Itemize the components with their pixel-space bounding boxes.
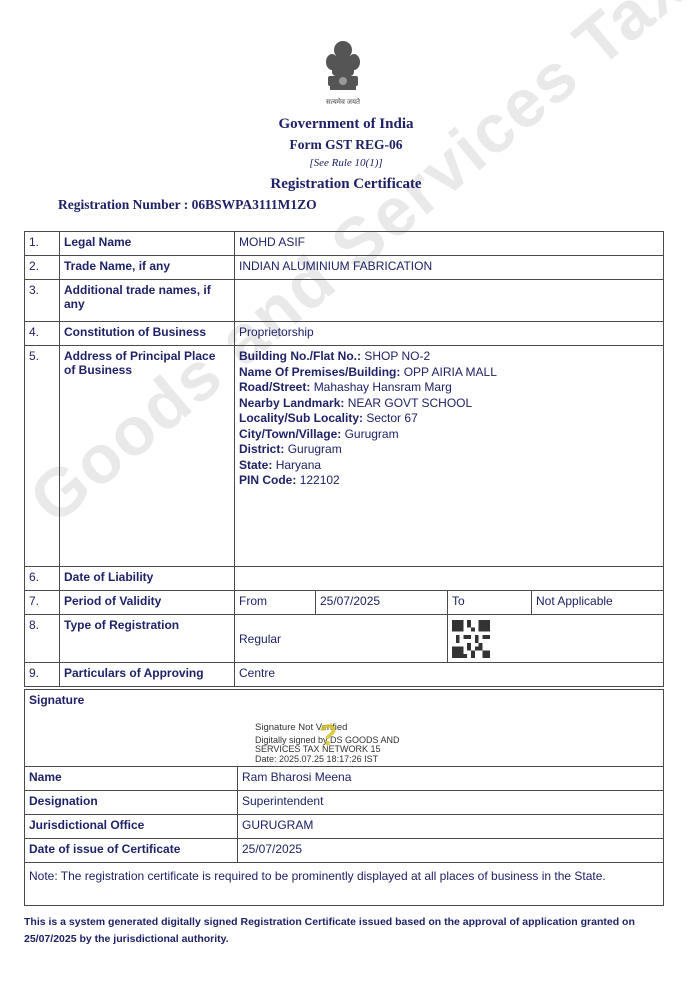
table-row: 1. Legal Name MOHD ASIF [25, 232, 664, 256]
signature-line: Date: 2025.07.25 18:17:26 IST [255, 755, 400, 765]
row-label: Constitution of Business [60, 322, 235, 346]
address-line: Name Of Premises/Building: OPP AIRIA MAL… [239, 365, 659, 381]
constitution-value: Proprietorship [235, 322, 664, 346]
signature-heading: Signature [29, 693, 659, 707]
table-row: Designation Superintendent [25, 791, 664, 815]
registration-details-table: 1. Legal Name MOHD ASIF 2. Trade Name, i… [24, 231, 664, 687]
legal-name-value: MOHD ASIF [235, 232, 664, 256]
registration-number: Registration Number : 06BSWPA3111M1ZO [58, 197, 317, 213]
additional-trade-names-value [235, 280, 664, 322]
address-line: PIN Code: 122102 [239, 473, 659, 489]
display-note: Note: The registration certificate is re… [25, 863, 664, 906]
registration-type-value: Regular [235, 615, 448, 663]
table-row: Name Ram Bharosi Meena [25, 767, 664, 791]
table-row: 4. Constitution of Business Proprietorsh… [25, 322, 664, 346]
row-number: 8. [25, 615, 60, 663]
address-line: Road/Street: Mahashay Hansram Marg [239, 380, 659, 396]
issue-date-value: 25/07/2025 [238, 839, 664, 863]
designation-value: Superintendent [238, 791, 664, 815]
system-generated-footer: This is a system generated digitally sig… [24, 914, 664, 948]
table-row: 9. Particulars of Approving Centre [25, 663, 664, 687]
qr-code-icon [452, 619, 490, 659]
table-row: Note: The registration certificate is re… [25, 863, 664, 906]
address-line: State: Haryana [239, 458, 659, 474]
form-title: Form GST REG-06 [0, 137, 692, 153]
government-title: Government of India [0, 116, 692, 133]
designation-label: Designation [25, 791, 238, 815]
table-row: Jurisdictional Office GURUGRAM [25, 815, 664, 839]
date-of-liability-value [235, 567, 664, 591]
unverified-question-icon: ? [319, 719, 337, 753]
row-number: 6. [25, 567, 60, 591]
row-number: 1. [25, 232, 60, 256]
row-number: 7. [25, 591, 60, 615]
row-label: Period of Validity [60, 591, 235, 615]
national-emblem-icon: सत्यमेव जयते [318, 38, 368, 108]
issue-date-label: Date of issue of Certificate [25, 839, 238, 863]
approving-authority-value: Centre [235, 663, 664, 687]
address-line: City/Town/Village: Gurugram [239, 427, 659, 443]
address-line: Building No./Flat No.: SHOP NO-2 [239, 349, 659, 365]
registration-number-label: Registration Number : [58, 197, 188, 212]
row-number: 5. [25, 346, 60, 567]
certificate-title: Registration Certificate [0, 176, 692, 193]
table-row: 7. Period of Validity From 25/07/2025 To… [25, 591, 664, 615]
signature-cell: Signature Signature Not Verified Digital… [25, 690, 664, 767]
table-row: 3. Additional trade names, if any [25, 280, 664, 322]
row-label: Trade Name, if any [60, 256, 235, 280]
signature-table: Signature Signature Not Verified Digital… [24, 689, 664, 906]
trade-name-value: INDIAN ALUMINIUM FABRICATION [235, 256, 664, 280]
row-label: Legal Name [60, 232, 235, 256]
row-label: Additional trade names, if any [60, 280, 235, 322]
row-number: 4. [25, 322, 60, 346]
row-number: 9. [25, 663, 60, 687]
row-number: 2. [25, 256, 60, 280]
jurisdictional-office-value: GURUGRAM [238, 815, 664, 839]
validity-to-value: Not Applicable [532, 591, 664, 615]
row-label: Date of Liability [60, 567, 235, 591]
rule-reference: [See Rule 10(1)] [0, 157, 692, 169]
table-row: 5. Address of Principal Place of Busines… [25, 346, 664, 567]
table-row: Date of issue of Certificate 25/07/2025 [25, 839, 664, 863]
address-line: Locality/Sub Locality: Sector 67 [239, 411, 659, 427]
row-label: Address of Principal Place of Business [60, 346, 235, 567]
validity-from-label: From [235, 591, 316, 615]
jurisdictional-office-label: Jurisdictional Office [25, 815, 238, 839]
qr-cell [448, 615, 664, 663]
address-line: District: Gurugram [239, 442, 659, 458]
address-line: Nearby Landmark: NEAR GOVT SCHOOL [239, 396, 659, 412]
table-row: 2. Trade Name, if any INDIAN ALUMINIUM F… [25, 256, 664, 280]
address-value: Building No./Flat No.: SHOP NO-2 Name Of… [235, 346, 664, 567]
officer-name-value: Ram Bharosi Meena [238, 767, 664, 791]
officer-name-label: Name [25, 767, 238, 791]
table-row: 6. Date of Liability [25, 567, 664, 591]
validity-from-value: 25/07/2025 [316, 591, 448, 615]
svg-text:सत्यमेव जयते: सत्यमेव जयते [326, 97, 361, 106]
row-label: Particulars of Approving [60, 663, 235, 687]
validity-to-label: To [448, 591, 532, 615]
row-number: 3. [25, 280, 60, 322]
table-row: 8. Type of Registration Regular [25, 615, 664, 663]
signature-row: Signature Signature Not Verified Digital… [25, 690, 664, 767]
registration-number-value: 06BSWPA3111M1ZO [192, 197, 317, 212]
row-label: Type of Registration [60, 615, 235, 663]
